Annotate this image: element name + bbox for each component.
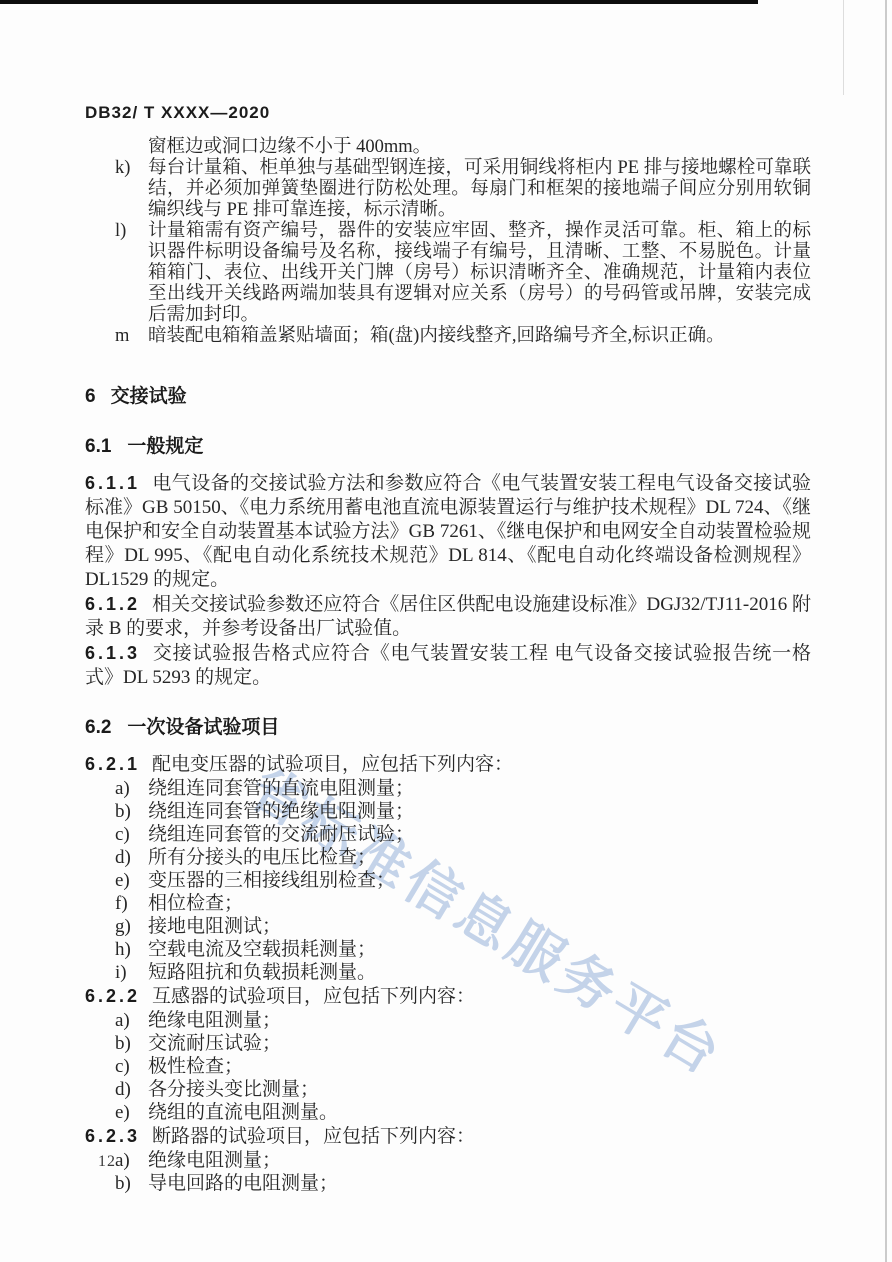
item-marker: h) (115, 938, 131, 961)
item-marker: l) (115, 221, 126, 242)
lettered-item: m 暗装配电箱箱盖紧贴墙面；箱(盘)内接线整齐,回路编号齐全,标识正确。 (85, 326, 811, 347)
item-marker: b) (115, 1032, 131, 1055)
item-marker: a) (115, 1149, 130, 1172)
intro-block: 窗框边或洞口边缘不小于 400mm。 k) 每台计量箱、柜单独与基础型钢连接，可… (85, 137, 811, 347)
sub-item: a)绝缘电阻测量； (85, 1149, 811, 1172)
item-text: 绕组连同套管的绝缘电阻测量； (148, 801, 414, 822)
item-marker: d) (115, 846, 131, 869)
item-text: 绝缘电阻测量； (148, 1010, 281, 1031)
clause: 6.2.3断路器的试验项目，应包括下列内容： (85, 1124, 811, 1149)
item-text: 绕组的直流电阻测量。 (148, 1102, 338, 1123)
section-number: 6.2 (85, 717, 111, 738)
item-marker: a) (115, 777, 130, 800)
item-marker: b) (115, 800, 131, 823)
item-marker: c) (115, 823, 130, 846)
item-text: 绕组连同套管的直流电阻测量； (148, 778, 414, 799)
section-title: 一般规定 (127, 436, 203, 457)
item-text: 绝缘电阻测量； (148, 1150, 281, 1171)
sub-item: c)极性检查； (85, 1055, 811, 1078)
item-marker: c) (115, 1055, 130, 1078)
clause-number: 6.1.1 (85, 473, 140, 493)
sub-item: b)交流耐压试验； (85, 1032, 811, 1055)
item-marker: e) (115, 869, 130, 892)
item-text: 接地电阻测试； (148, 916, 281, 937)
clause: 6.1.3交接试验报告格式应符合《电气装置安装工程 电气设备交接试验报告统一格式… (85, 641, 811, 690)
running-header: DB32/ T XXXX—2020 (85, 103, 270, 123)
clause: 6.1.1电气设备的交接试验方法和参数应符合《电气装置安装工程电气设备交接试验标… (85, 471, 811, 592)
item-marker: b) (115, 1172, 131, 1195)
sub-item: a)绕组连同套管的直流电阻测量； (85, 777, 811, 800)
clause-number: 6.1.2 (85, 594, 140, 614)
item-text: 暗装配电箱箱盖紧贴墙面；箱(盘)内接线整齐,回路编号齐全,标识正确。 (148, 326, 725, 346)
clause-text: 互感器的试验项目，应包括下列内容： (152, 986, 475, 1007)
page-content: 窗框边或洞口边缘不小于 400mm。 k) 每台计量箱、柜单独与基础型钢连接，可… (85, 137, 811, 1195)
chapter-number: 6 (85, 386, 96, 407)
sub-item: h)空载电流及空载损耗测量； (85, 938, 811, 961)
item-text: 变压器的三相接线组别检查； (148, 870, 395, 891)
item-text: 相位检查； (148, 893, 243, 914)
item-marker: d) (115, 1078, 131, 1101)
clause-number: 6.1.3 (85, 643, 140, 663)
lettered-item: k) 每台计量箱、柜单独与基础型钢连接，可采用铜线将柜内 PE 排与接地螺栓可靠… (85, 158, 811, 221)
section-number: 6.1 (85, 436, 111, 457)
clause-number: 6.2.1 (85, 754, 140, 774)
clause: 6.2.2互感器的试验项目，应包括下列内容： (85, 984, 811, 1009)
clause-text: 交接试验报告格式应符合《电气装置安装工程 电气设备交接试验报告统一格式》DL 5… (85, 643, 811, 688)
scan-right-edge-line (885, 0, 887, 1262)
item-text: 各分接头变比测量； (148, 1079, 319, 1100)
item-marker: e) (115, 1101, 130, 1124)
clause-text: 电气设备的交接试验方法和参数应符合《电气装置安装工程电气设备交接试验标准》GB … (85, 473, 811, 590)
section-heading: 6.2一次设备试验项目 (85, 716, 811, 740)
sub-item: b)导电回路的电阻测量； (85, 1172, 811, 1195)
sub-item: d)所有分接头的电压比检查； (85, 846, 811, 869)
sub-item: i)短路阻抗和负载损耗测量。 (85, 961, 811, 984)
item-marker: g) (115, 915, 131, 938)
page-number: 12 (98, 1153, 116, 1171)
item-text: 所有分接头的电压比检查； (148, 847, 376, 868)
sub-item: f)相位检查； (85, 892, 811, 915)
chapter-title: 交接试验 (111, 386, 187, 407)
scan-top-edge-line (0, 0, 758, 4)
clause-text: 相关交接试验参数还应符合《居住区供配电设施建设标准》DGJ32/TJ11-201… (85, 594, 811, 639)
item-marker: m (115, 326, 129, 347)
continuation-line: 窗框边或洞口边缘不小于 400mm。 (85, 137, 811, 158)
item-text: 导电回路的电阻测量； (148, 1173, 338, 1194)
section-title: 一次设备试验项目 (127, 717, 279, 738)
sub-item: a)绝缘电阻测量； (85, 1009, 811, 1032)
sub-item: e)绕组的直流电阻测量。 (85, 1101, 811, 1124)
section-heading: 6.1一般规定 (85, 435, 811, 459)
clause: 6.2.1配电变压器的试验项目，应包括下列内容： (85, 752, 811, 777)
scan-corner-edge-line (843, 0, 844, 95)
lettered-item: l) 计量箱需有资产编号，器件的安装应牢固、整齐，操作灵活可靠。柜、箱上的标识器… (85, 221, 811, 326)
clause-text: 配电变压器的试验项目，应包括下列内容： (152, 754, 513, 775)
item-text: 短路阻抗和负载损耗测量。 (148, 962, 376, 983)
item-marker: a) (115, 1009, 130, 1032)
sub-item: d)各分接头变比测量； (85, 1078, 811, 1101)
item-text: 交流耐压试验； (148, 1033, 281, 1054)
item-text: 绕组连同套管的交流耐压试验； (148, 824, 414, 845)
item-marker: i) (115, 961, 127, 984)
sub-item: b)绕组连同套管的绝缘电阻测量； (85, 800, 811, 823)
sub-item: g)接地电阻测试； (85, 915, 811, 938)
sub-item: c)绕组连同套管的交流耐压试验； (85, 823, 811, 846)
item-text: 每台计量箱、柜单独与基础型钢连接，可采用铜线将柜内 PE 排与接地螺栓可靠联结，… (148, 158, 811, 220)
item-text: 极性检查； (148, 1056, 243, 1077)
item-text: 计量箱需有资产编号，器件的安装应牢固、整齐，操作灵活可靠。柜、箱上的标识器件标明… (148, 221, 811, 325)
clause: 6.1.2相关交接试验参数还应符合《居住区供配电设施建设标准》DGJ32/TJ1… (85, 592, 811, 641)
item-text: 空载电流及空载损耗测量； (148, 939, 376, 960)
clause-text: 断路器的试验项目，应包括下列内容： (152, 1126, 475, 1147)
sub-item: e)变压器的三相接线组别检查； (85, 869, 811, 892)
document-page: 省标准信息服务平台 DB32/ T XXXX—2020 窗框边或洞口边缘不小于 … (0, 0, 892, 1262)
item-marker: f) (115, 892, 128, 915)
clause-number: 6.2.2 (85, 986, 140, 1006)
chapter-heading: 6交接试验 (85, 385, 811, 409)
item-marker: k) (115, 158, 130, 179)
clause-number: 6.2.3 (85, 1126, 140, 1146)
